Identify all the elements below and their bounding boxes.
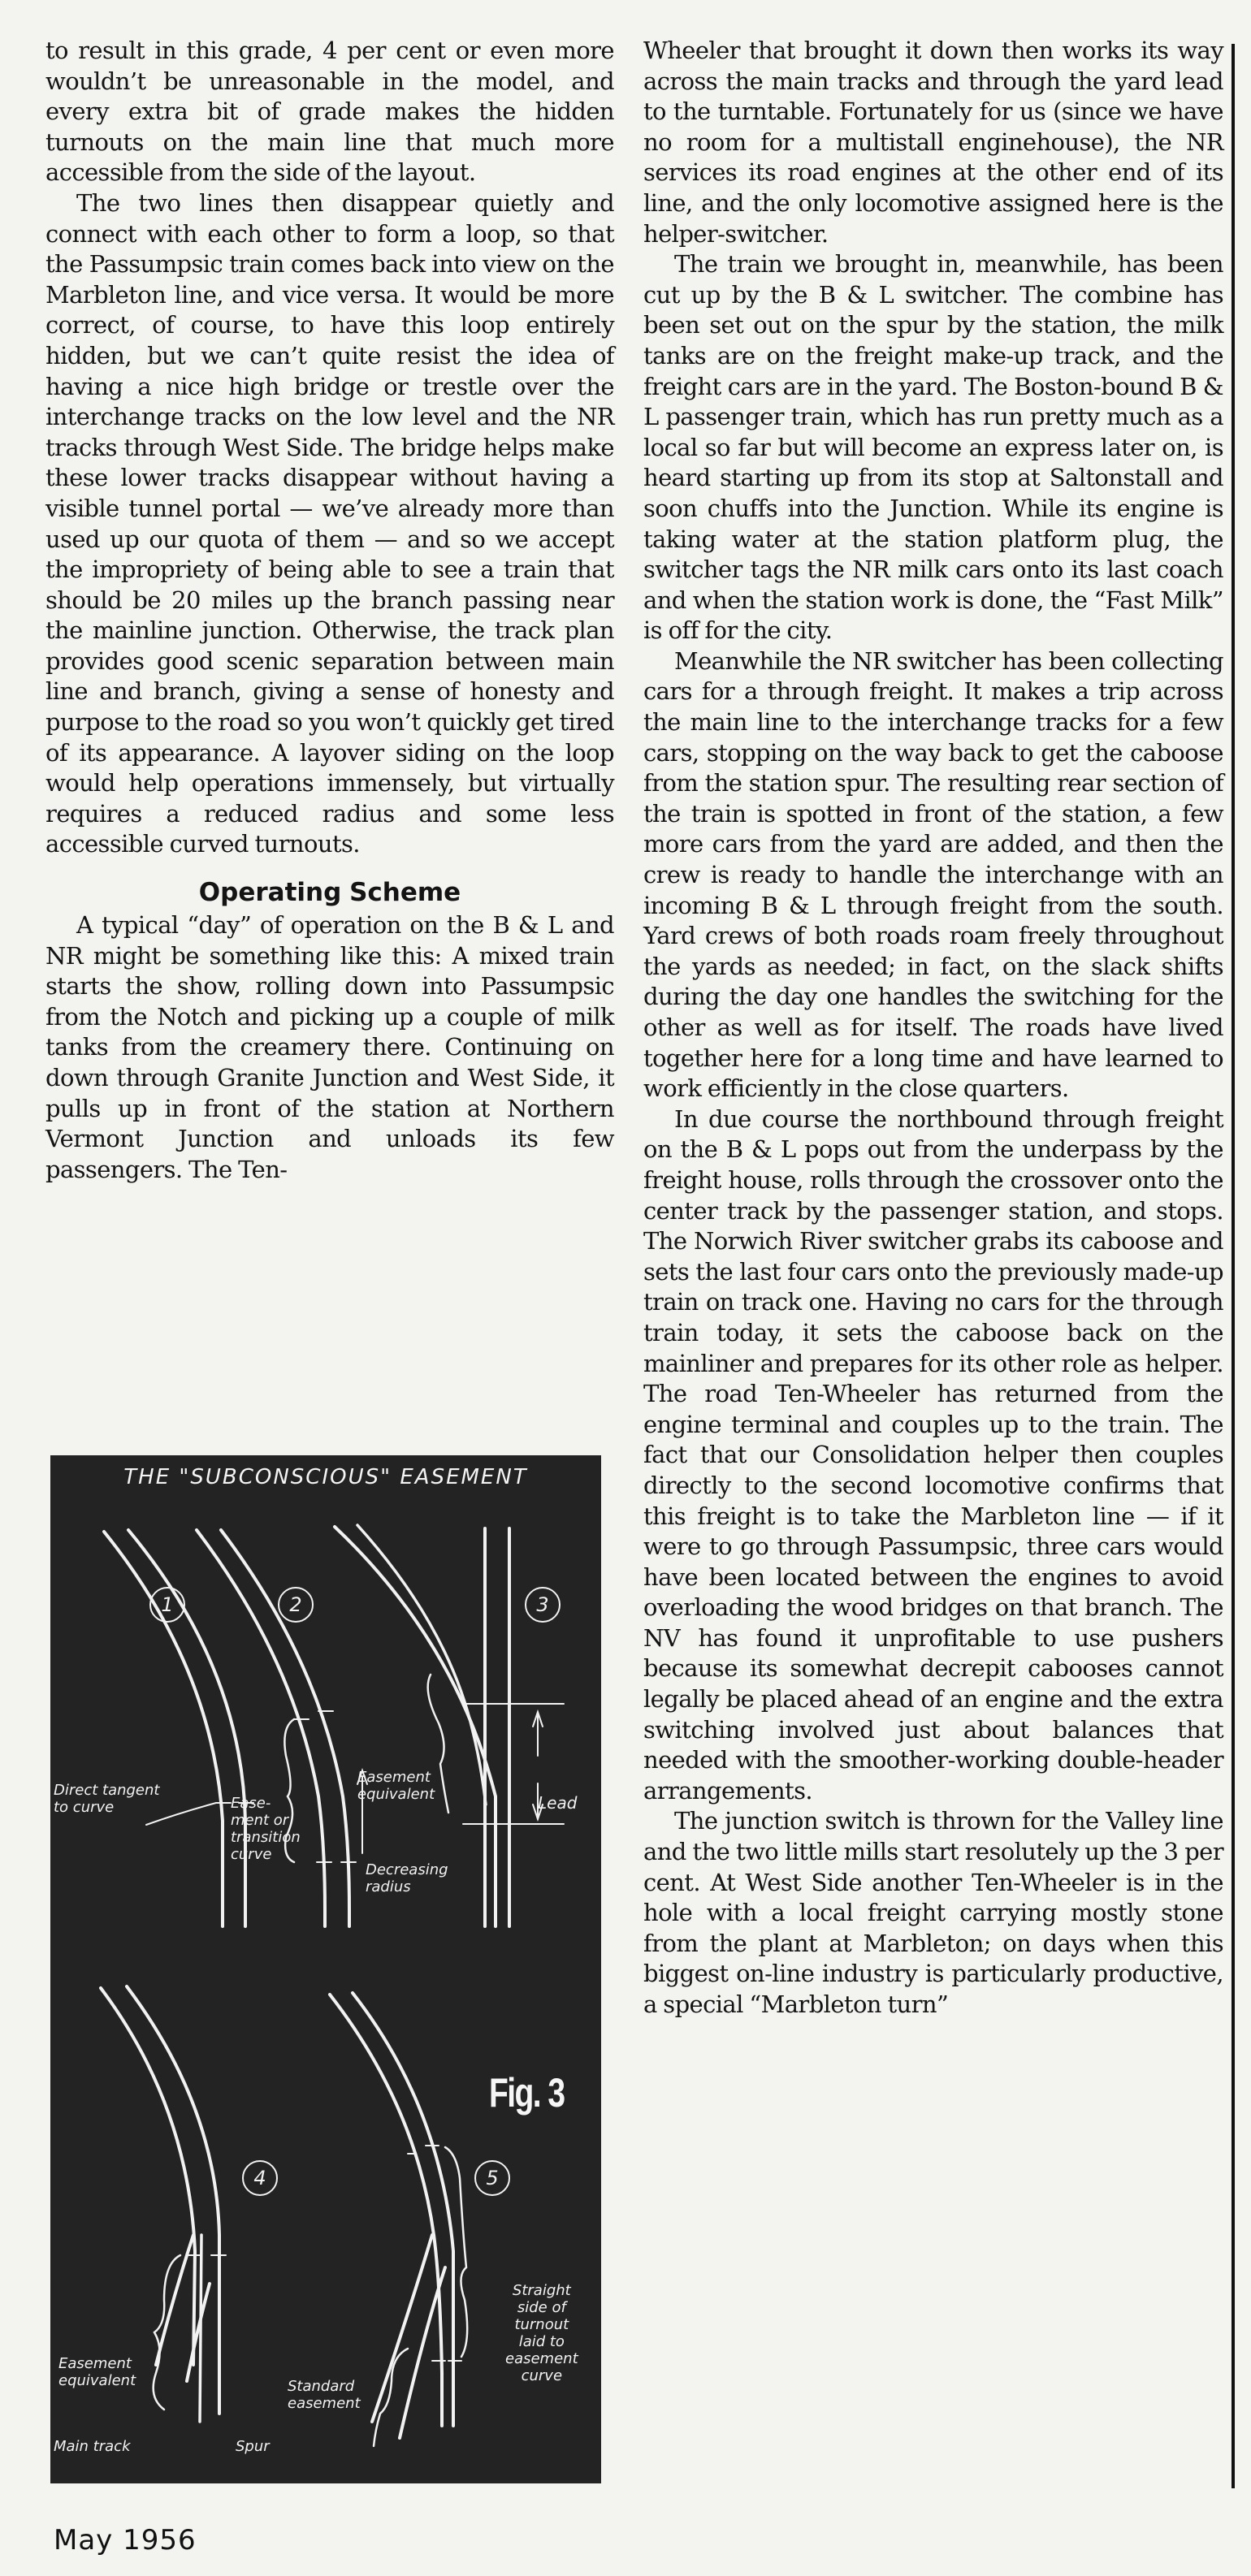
paragraph: Meanwhile the NR switcher has been colle… xyxy=(643,646,1223,1104)
diagram-number-3: 3 xyxy=(525,1587,561,1623)
label-easement-equivalent-3: Easement equivalent xyxy=(357,1769,435,1803)
paragraph: In due course the northbound through fre… xyxy=(643,1104,1223,1807)
paragraph: The two lines then disappear quietly and… xyxy=(45,188,614,860)
paragraph: A typical “day” of operation on the B & … xyxy=(45,910,614,1185)
right-text-column: Wheeler that brought it down then works … xyxy=(643,36,1223,2021)
label-decreasing-radius: Decreasing radius xyxy=(366,1861,448,1895)
paragraph: The train we brought in, meanwhile, has … xyxy=(643,249,1223,646)
label-spur: Spur xyxy=(236,2438,270,2455)
label-main-track: Main track xyxy=(54,2438,131,2455)
column-rule xyxy=(1232,44,1235,2488)
label-lead: Lead xyxy=(538,1795,577,1812)
label-direct-tangent: Direct tangent to curve xyxy=(54,1782,159,1816)
page-footer-date: May 1956 xyxy=(54,2524,197,2557)
section-heading: Operating Scheme xyxy=(45,876,614,909)
label-standard-easement: Standard easement xyxy=(288,2378,361,2412)
label-straight-side-of-turnout: Straight side of turnout laid to easemen… xyxy=(505,2282,578,2384)
paragraph: Wheeler that brought it down then works … xyxy=(643,36,1223,249)
left-text-column: to result in this grade, 4 per cent or e… xyxy=(45,36,614,1185)
paragraph: to result in this grade, 4 per cent or e… xyxy=(45,36,614,188)
diagram-number-5: 5 xyxy=(474,2160,510,2196)
figure-title: THE "SUBCONSCIOUS" EASEMENT xyxy=(50,1465,601,1489)
diagram-number-4: 4 xyxy=(242,2160,278,2196)
figure-caption: Fig. 3 xyxy=(489,2069,564,2116)
label-easement-equivalent-4: Easement equivalent xyxy=(58,2355,136,2389)
diagram-number-2: 2 xyxy=(278,1587,314,1623)
label-easement-transition-curve: Ease- ment or transition curve xyxy=(231,1795,301,1863)
diagram-number-1: 1 xyxy=(149,1587,185,1623)
easement-figure: THE "SUBCONSCIOUS" EASEMENT 1 2 3 4 5 Di… xyxy=(50,1455,601,2483)
paragraph: The junction switch is thrown for the Va… xyxy=(643,1806,1223,2020)
